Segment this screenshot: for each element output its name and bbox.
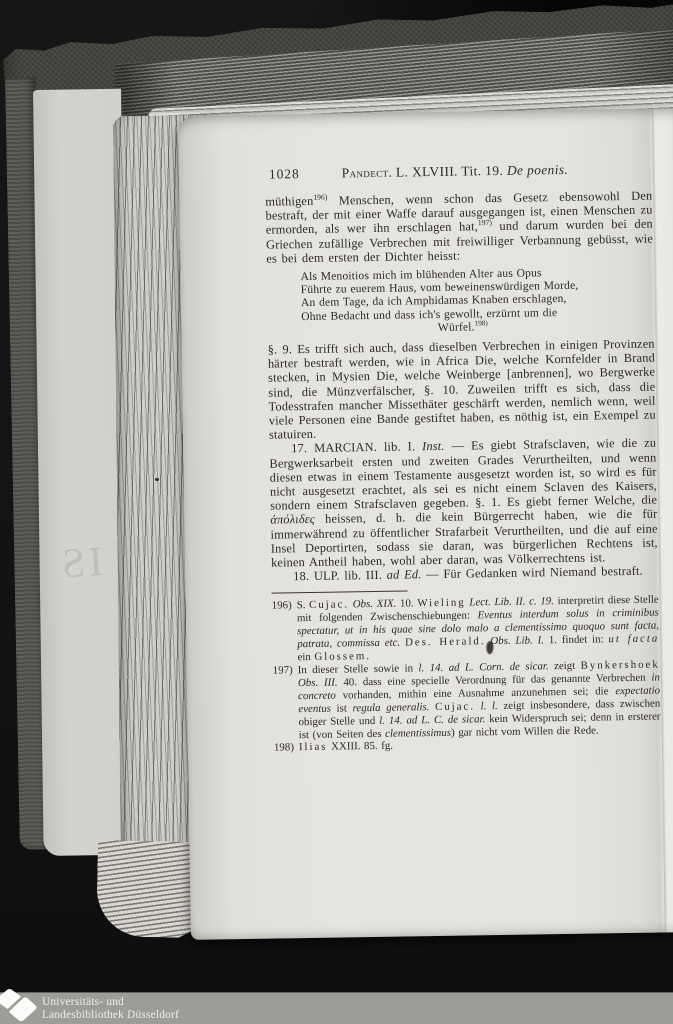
- book-scan-scene: IS 1028 Pandect. L. XLVIII. Tit. 19. De …: [0, 0, 673, 1024]
- page-number: 1028: [269, 166, 300, 182]
- library-name-line1: Universitäts- und: [42, 996, 179, 1009]
- running-title-topic: De poenis.: [507, 162, 569, 178]
- footnotes: 196)S. Cujac. Obs. XIX. 10. Wieling Lect…: [272, 594, 661, 755]
- library-footer-bar: Universitäts- und Landesbibliothek Düsse…: [0, 992, 673, 1024]
- dust-speck: [155, 478, 159, 481]
- page-header: 1028 Pandect. L. XLVIII. Tit. 19. De poe…: [265, 161, 652, 183]
- library-logo-icon: [0, 988, 38, 1022]
- footnote-marker: 196): [272, 600, 297, 612]
- verse-quote: Als Menoitios mich im blühenden Alter au…: [300, 265, 654, 337]
- footnote-marker: 198): [274, 742, 299, 754]
- footnote-text: Ilias XXIII. 85. fg.: [299, 740, 393, 753]
- footnote-text: S. Cujac. Obs. XIX. 10. Wieling Lect. Li…: [297, 594, 660, 663]
- library-name-line2: Landesbibliothek Düsseldorf: [42, 1009, 179, 1022]
- ghost-showthrough-text: IS: [56, 538, 104, 589]
- paragraph: müthigen196) Menschen, wenn schon das Ge…: [265, 189, 653, 266]
- running-title: Pandect. L. XLVIII. Tit. 19. De poenis.: [342, 162, 569, 182]
- running-title-work: Pandect.: [342, 165, 393, 181]
- body-text: müthigen196) Menschen, wenn schon das Ge…: [265, 189, 658, 585]
- footnote: 196)S. Cujac. Obs. XIX. 10. Wieling Lect…: [272, 594, 660, 665]
- footnote-marker: 197): [273, 664, 298, 676]
- footnote-text: In dieser Stelle sowie in l. 14. ad L. C…: [298, 659, 661, 741]
- footnote-separator: [272, 591, 408, 594]
- right-page: 1028 Pandect. L. XLVIII. Tit. 19. De poe…: [178, 108, 673, 940]
- running-title-ref: L. XLVIII. Tit. 19.: [392, 163, 507, 180]
- footnote: 197)In dieser Stelle sowie in l. 14. ad …: [273, 659, 661, 743]
- page-content: 1028 Pandect. L. XLVIII. Tit. 19. De poe…: [178, 108, 673, 940]
- paragraph: §. 9. Es trifft sich auch, dass dieselbe…: [268, 337, 657, 442]
- library-name: Universitäts- und Landesbibliothek Düsse…: [42, 996, 179, 1022]
- paragraph: 17. MARCIAN. lib. I. Inst. — Es giebt St…: [269, 436, 658, 570]
